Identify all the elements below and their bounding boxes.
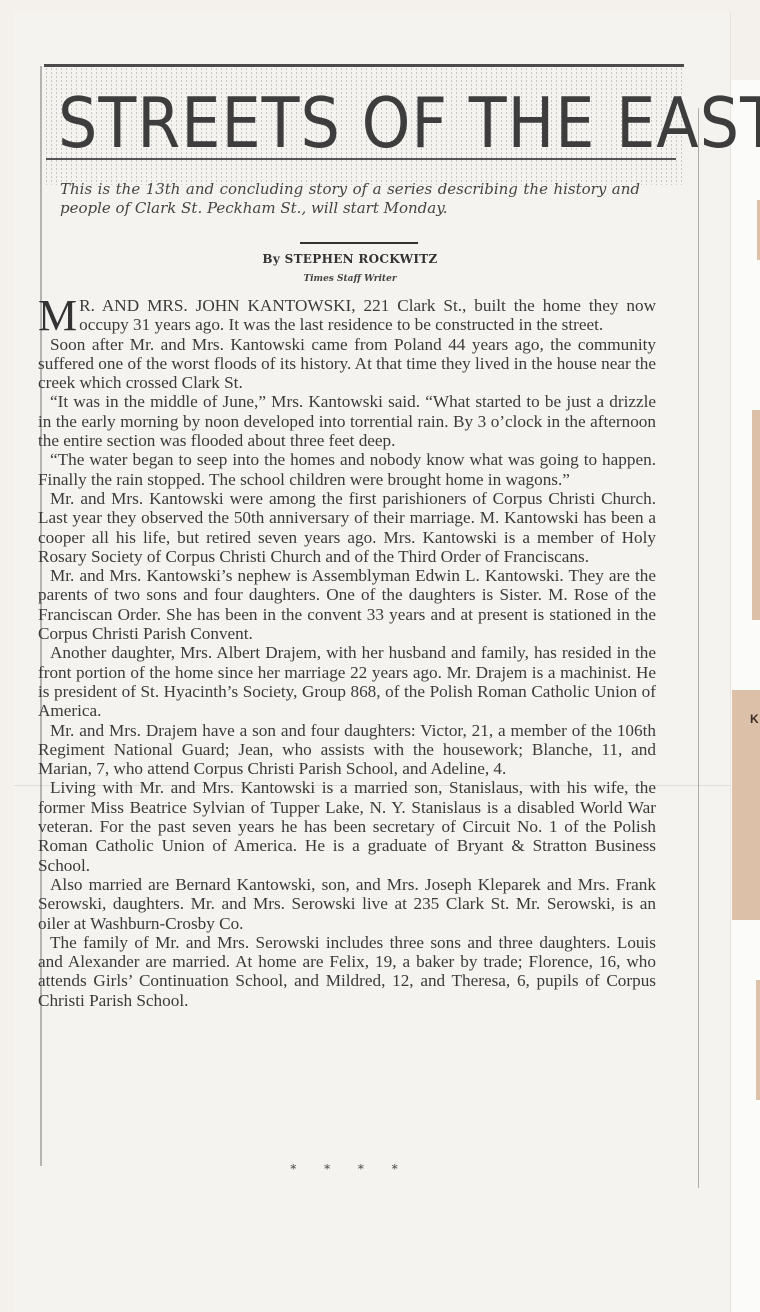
article-paragraph: Mr. and Mrs. Drajem have a son and four …	[38, 721, 656, 779]
article-paragraph: “It was in the middle of June,” Mrs. Kan…	[38, 392, 656, 450]
fragment-letter: K	[750, 712, 759, 726]
article-body: MR. AND MRS. JOHN KANTOWSKI, 221 Clark S…	[38, 296, 656, 1010]
drop-cap: M	[38, 298, 77, 334]
tan-clipping-fragment-3: K	[732, 690, 760, 920]
article-paragraph: “The water began to seep into the homes …	[38, 450, 656, 489]
article-paragraph: Soon after Mr. and Mrs. Kantowski came f…	[38, 335, 656, 393]
end-mark: * * * *	[0, 1162, 700, 1176]
byline: By STEPHEN ROCKWITZ	[0, 252, 700, 266]
article-paragraph: Mr. and Mrs. Kantowski’s nephew is Assem…	[38, 566, 656, 643]
byline-divider	[300, 242, 418, 244]
byline-role: Times Staff Writer	[0, 274, 700, 284]
series-intro: This is the 13th and concluding story of…	[60, 180, 640, 218]
article-paragraph: Living with Mr. and Mrs. Kantowski is a …	[38, 778, 656, 874]
article-paragraph: Mr. and Mrs. Kantowski were among the fi…	[38, 489, 656, 566]
article-paragraph: MR. AND MRS. JOHN KANTOWSKI, 221 Clark S…	[38, 296, 656, 335]
headline: STREETS OF THE EAST	[58, 82, 760, 164]
column-rule-right	[698, 108, 699, 1188]
tan-clipping-fragment-2	[752, 410, 760, 620]
tan-clipping-fragment-4	[756, 980, 760, 1100]
article-paragraph: Also married are Bernard Kantowski, son,…	[38, 875, 656, 933]
article-paragraph: The family of Mr. and Mrs. Serowski incl…	[38, 933, 656, 1010]
article-paragraph: Another daughter, Mrs. Albert Drajem, wi…	[38, 643, 656, 720]
